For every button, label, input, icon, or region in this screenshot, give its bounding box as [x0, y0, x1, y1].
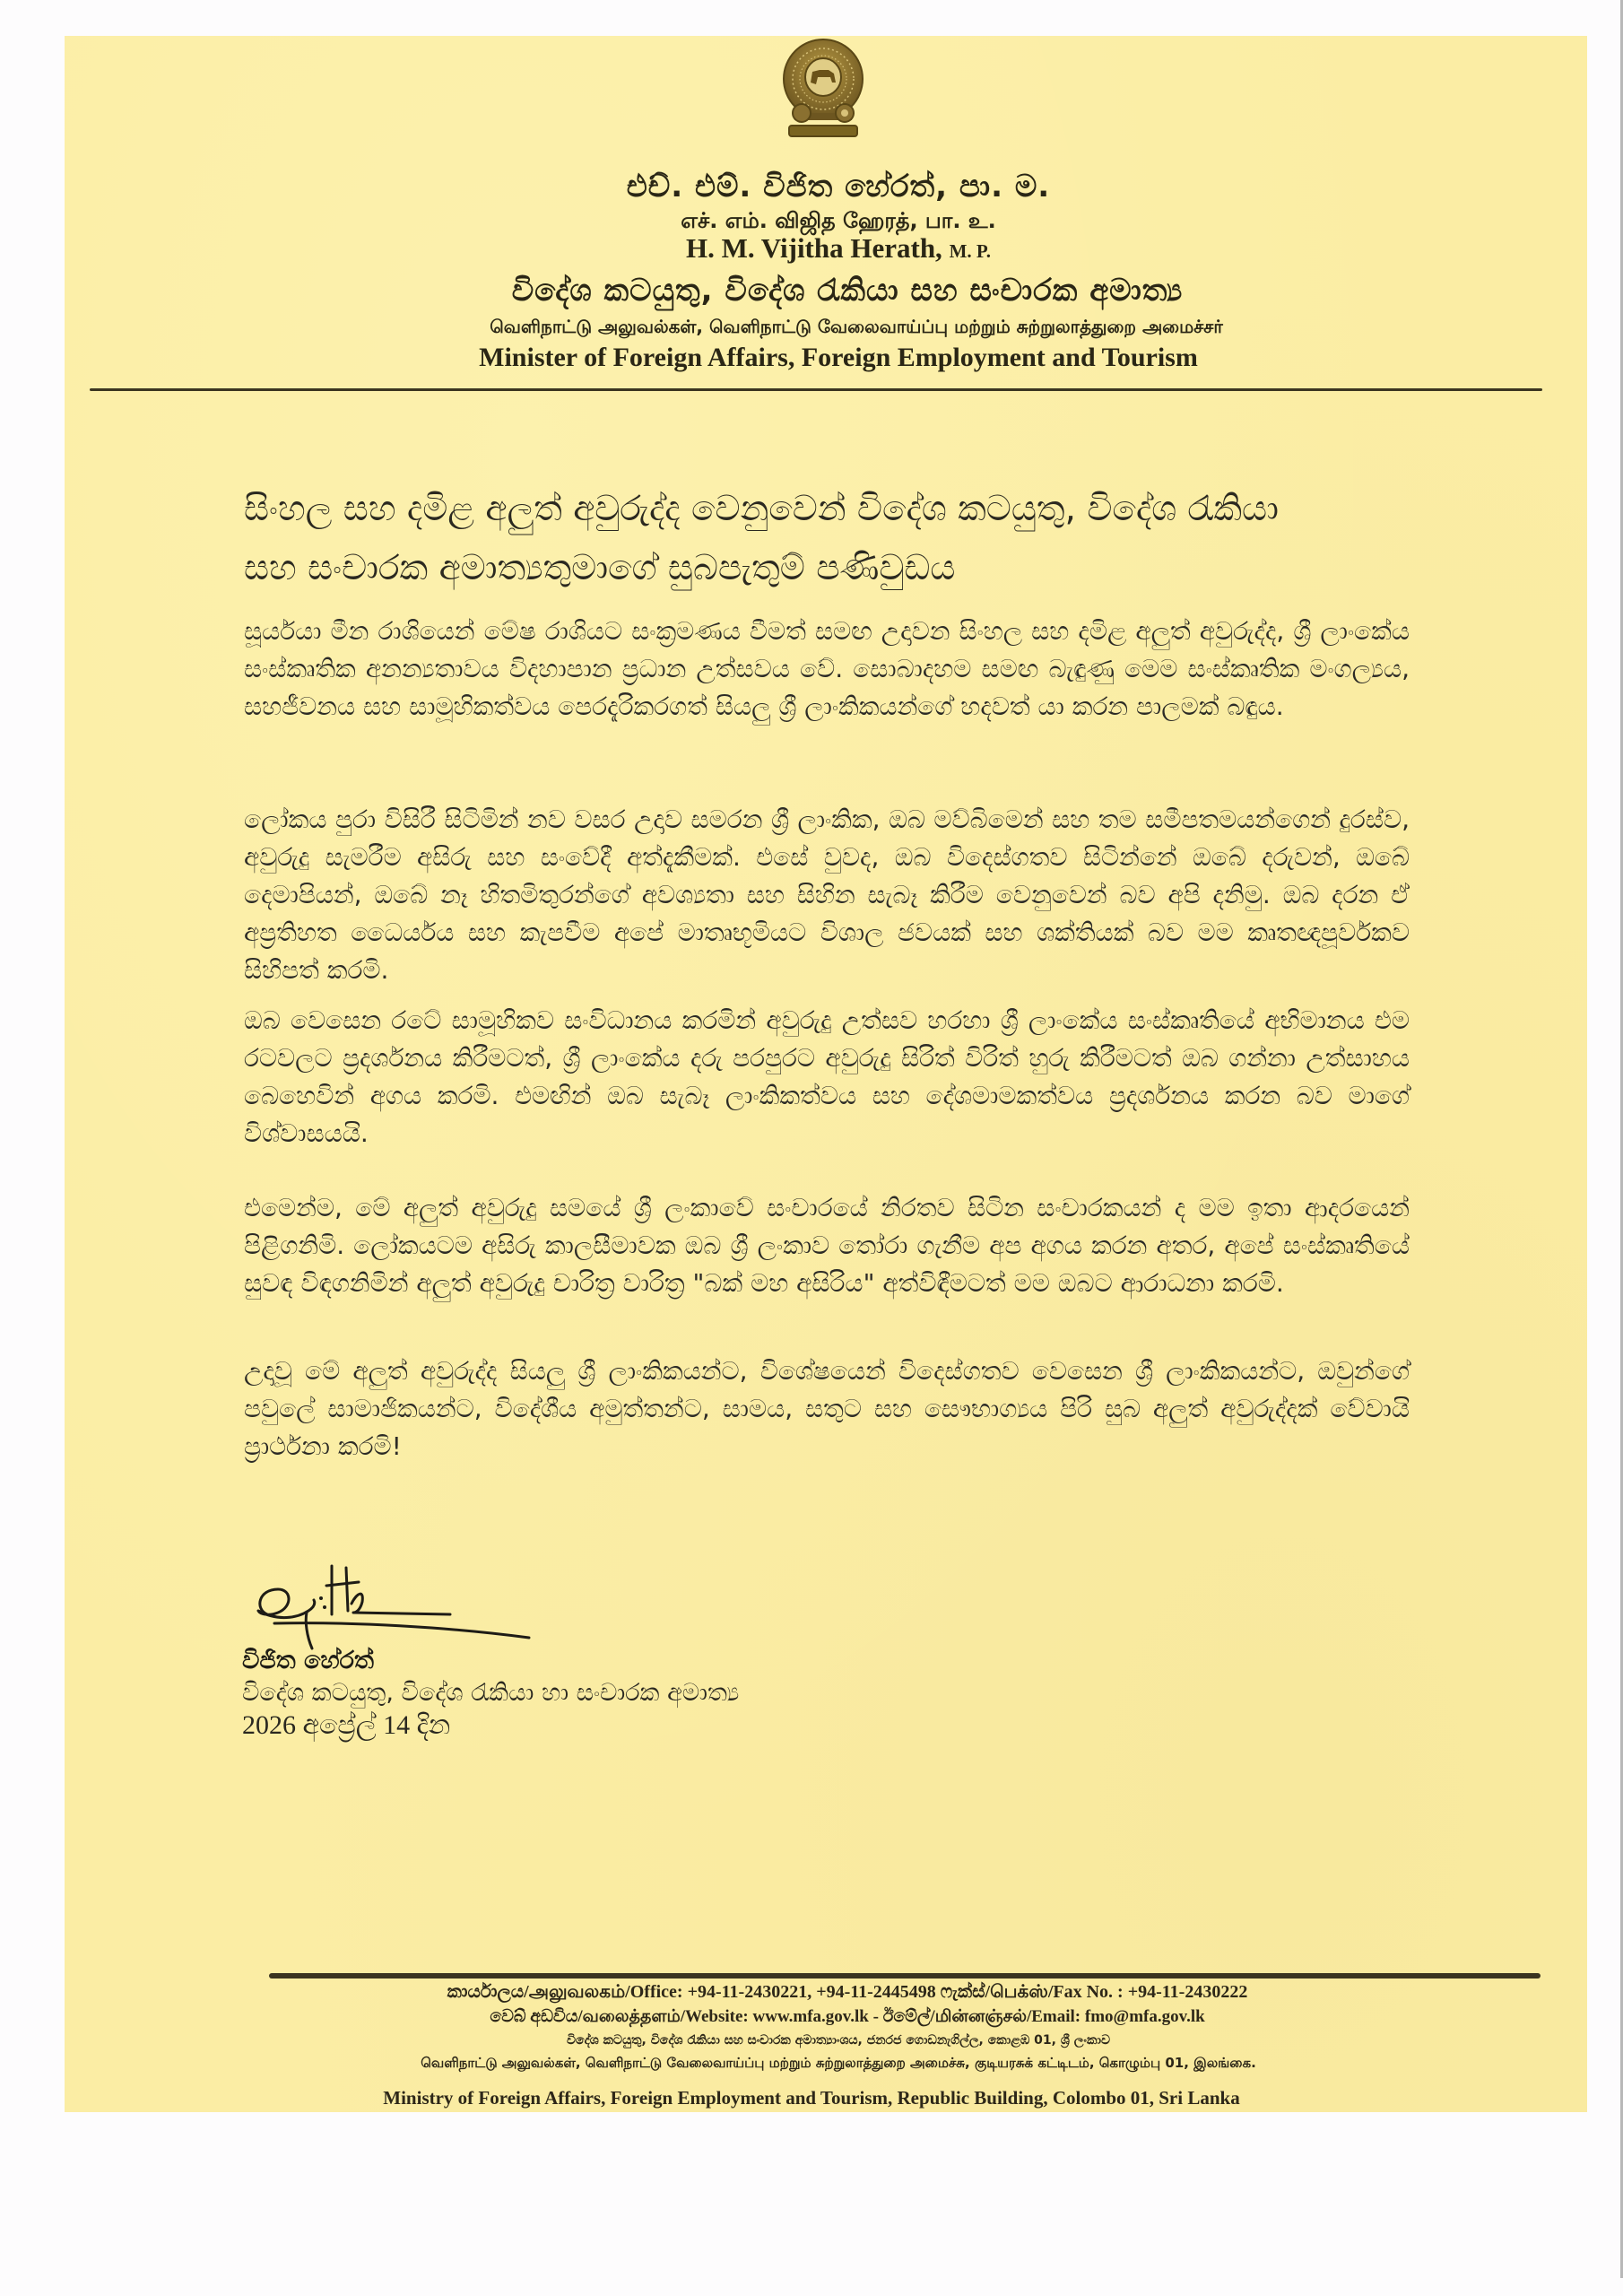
signatory-name: විජිත හේරත් — [242, 1647, 374, 1675]
letter-paragraph: ඔබ වෙසෙන රටේ සාමූහිකව සංවිධානය කරමින් අව… — [244, 1002, 1410, 1152]
letter-paragraph: උදාවූ මේ අලුත් අවුරුද්ද සියලු ශ්‍රී ලාංක… — [244, 1352, 1410, 1465]
letterhead-divider — [90, 388, 1542, 391]
signature-icon — [251, 1559, 547, 1657]
minister-title-sinhala: විදේශ කටයුතු, විදේශ රැකියා සහ සංචාරක අමා… — [0, 273, 1623, 309]
letter-title-line-1: සිංහල සහ දමිළ අලුත් අවුරුද්ද වෙනුවෙන් වි… — [244, 480, 1410, 539]
letter-title-line-2: සහ සංචාරක අමාත්‍යතුමාගේ සුබපැතුම් පණිවුඩ… — [244, 539, 1410, 598]
letter-date: 2026 අප්‍රේල් 14 දින — [242, 1710, 450, 1741]
signatory-title: විදේශ කටයුතු, විදේශ රැකියා හා සංචාරක අමා… — [242, 1679, 739, 1708]
minister-name-english-text: H. M. Vijitha Herath, — [686, 232, 942, 264]
footer-address-sinhala: විදේශ කටයුතු, විදේශ රැකියා සහ සංචාරක අමා… — [0, 2033, 1623, 2048]
footer-address-tamil: வெளிநாட்டு அலுவல்கள், வெளிநாட்டு வேலைவாய… — [0, 2055, 1623, 2073]
mp-suffix: M. P. — [950, 240, 991, 262]
minister-title-tamil: வெளிநாட்டு அலுவல்கள், வெளிநாட்டு வேலைவாய… — [0, 316, 1623, 340]
minister-title-english: Minister of Foreign Affairs, Foreign Emp… — [0, 343, 1623, 373]
minister-name-sinhala: එච්. එම්. විජිත හේරත්, පා. ම. — [0, 169, 1623, 204]
footer-contact-phone-fax: කාර්යාලය/அலுவலகம்/Office: +94-11-2430221… — [0, 1982, 1623, 2005]
letter-paragraph: එමෙන්ම, මේ අලුත් අවුරුදු සමයේ ශ්‍රී ලංකා… — [244, 1189, 1410, 1302]
letter-paragraph: ලෝකය පුරා විසිරී සිටිමින් නව වසර උදාව සම… — [244, 801, 1410, 989]
footer-address-english: Ministry of Foreign Affairs, Foreign Emp… — [0, 2077, 1623, 2111]
footer-website-email: වෙබ් අඩවිය/வலைத்தளம்/Website: www.mfa.go… — [0, 2007, 1623, 2029]
minister-name-english: H. M. Vijitha Herath, M. P. — [0, 232, 1623, 265]
footer-divider — [269, 1973, 1541, 1979]
letter-title: සිංහල සහ දමිළ අලුත් අවුරුද්ද වෙනුවෙන් වි… — [244, 480, 1410, 598]
letter-paragraph: සූර්යයා මීන රාශියෙන් මේෂ රාශියට සංක්‍රමණ… — [244, 613, 1410, 726]
national-emblem-icon — [778, 38, 868, 142]
